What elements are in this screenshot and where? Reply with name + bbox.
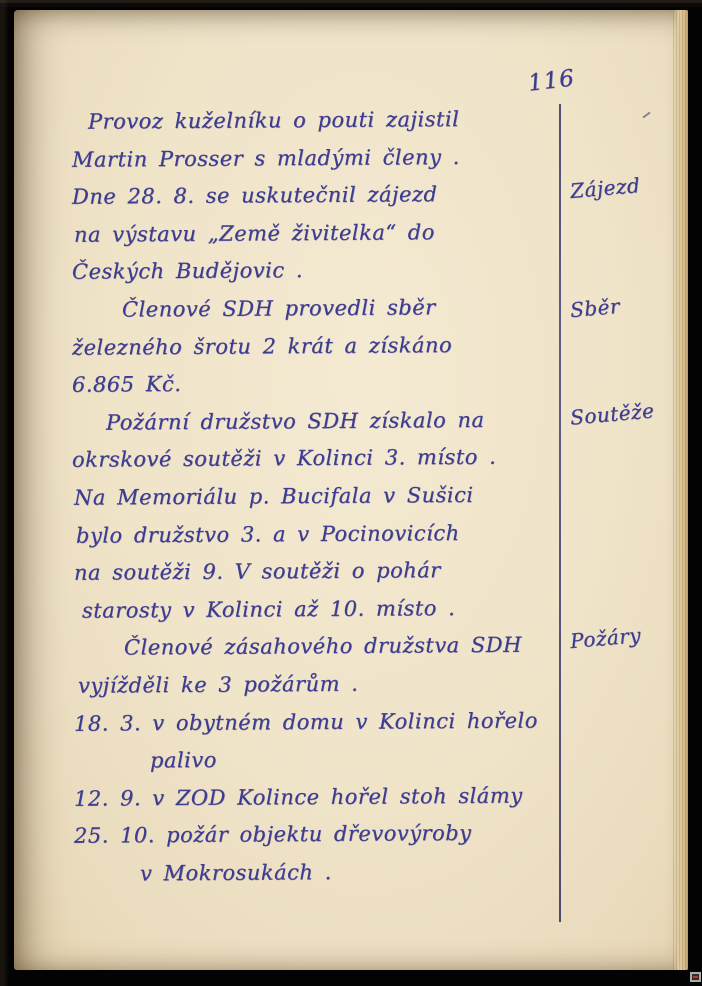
scanned-chronicle-view: 116 Zájezd Sběr Soutěže Požáry Provoz ku… (0, 0, 702, 986)
text-line: 18. 3. v obytném domu v Kolinci hořelo (74, 708, 558, 749)
text-line: na soutěži 9. V soutěži o pohár (74, 557, 558, 598)
corner-marker-red-bar (693, 976, 698, 978)
text-line: bylo družstvo 3. a v Pocinovicích (76, 520, 558, 561)
text-line: 12. 9. v ZOD Kolince hořel stoh slámy (74, 783, 558, 824)
text-line: Dne 28. 8. se uskutečnil zájezd (72, 181, 558, 222)
text-line: Požární družstvo SDH získalo na (106, 407, 558, 448)
text-line: na výstavu „Země živitelka“ do (74, 219, 558, 260)
text-line: 6.865 Kč. (72, 369, 558, 410)
text-line: Na Memoriálu p. Bucifala v Sušici (74, 482, 558, 523)
text-line: 25. 10. požár objektu dřevovýroby (74, 821, 558, 862)
margin-label-pozary: Požáry (569, 623, 642, 653)
text-line: vyjížděli ke 3 požárům . (78, 670, 558, 711)
text-line: palivo (150, 746, 558, 786)
text-line: v Mokrosukách . (140, 858, 558, 899)
margin-label-sber: Sběr (569, 294, 621, 322)
text-line: Členové zásahového družstva SDH (124, 633, 558, 674)
corner-marker-icon (690, 972, 701, 982)
text-line: železného šrotu 2 krát a získáno (72, 332, 558, 373)
page-number: 116 (527, 65, 577, 97)
ink-speck (642, 112, 651, 119)
text-line: starosty v Kolinci až 10. místo . (82, 595, 558, 636)
margin-label-zajezd: Zájezd (569, 173, 641, 203)
text-line: Členové SDH provedli sběr (122, 294, 558, 335)
chronicle-page: 116 Zájezd Sběr Soutěže Požáry Provoz ku… (14, 10, 688, 970)
text-line: okrskové soutěži v Kolinci 3. místo . (72, 445, 558, 486)
text-line: Provoz kuželníku o pouti zajistil (88, 106, 558, 147)
text-line: Martin Prosser s mladými členy . (72, 144, 558, 185)
book-page-edges (673, 10, 688, 970)
text-line: Českých Budějovic . (72, 257, 558, 298)
chronicle-body-text: Provoz kuželníku o pouti zajistil Martin… (72, 108, 558, 897)
margin-rule-line (559, 104, 561, 922)
margin-label-souteze: Soutěže (569, 398, 655, 429)
